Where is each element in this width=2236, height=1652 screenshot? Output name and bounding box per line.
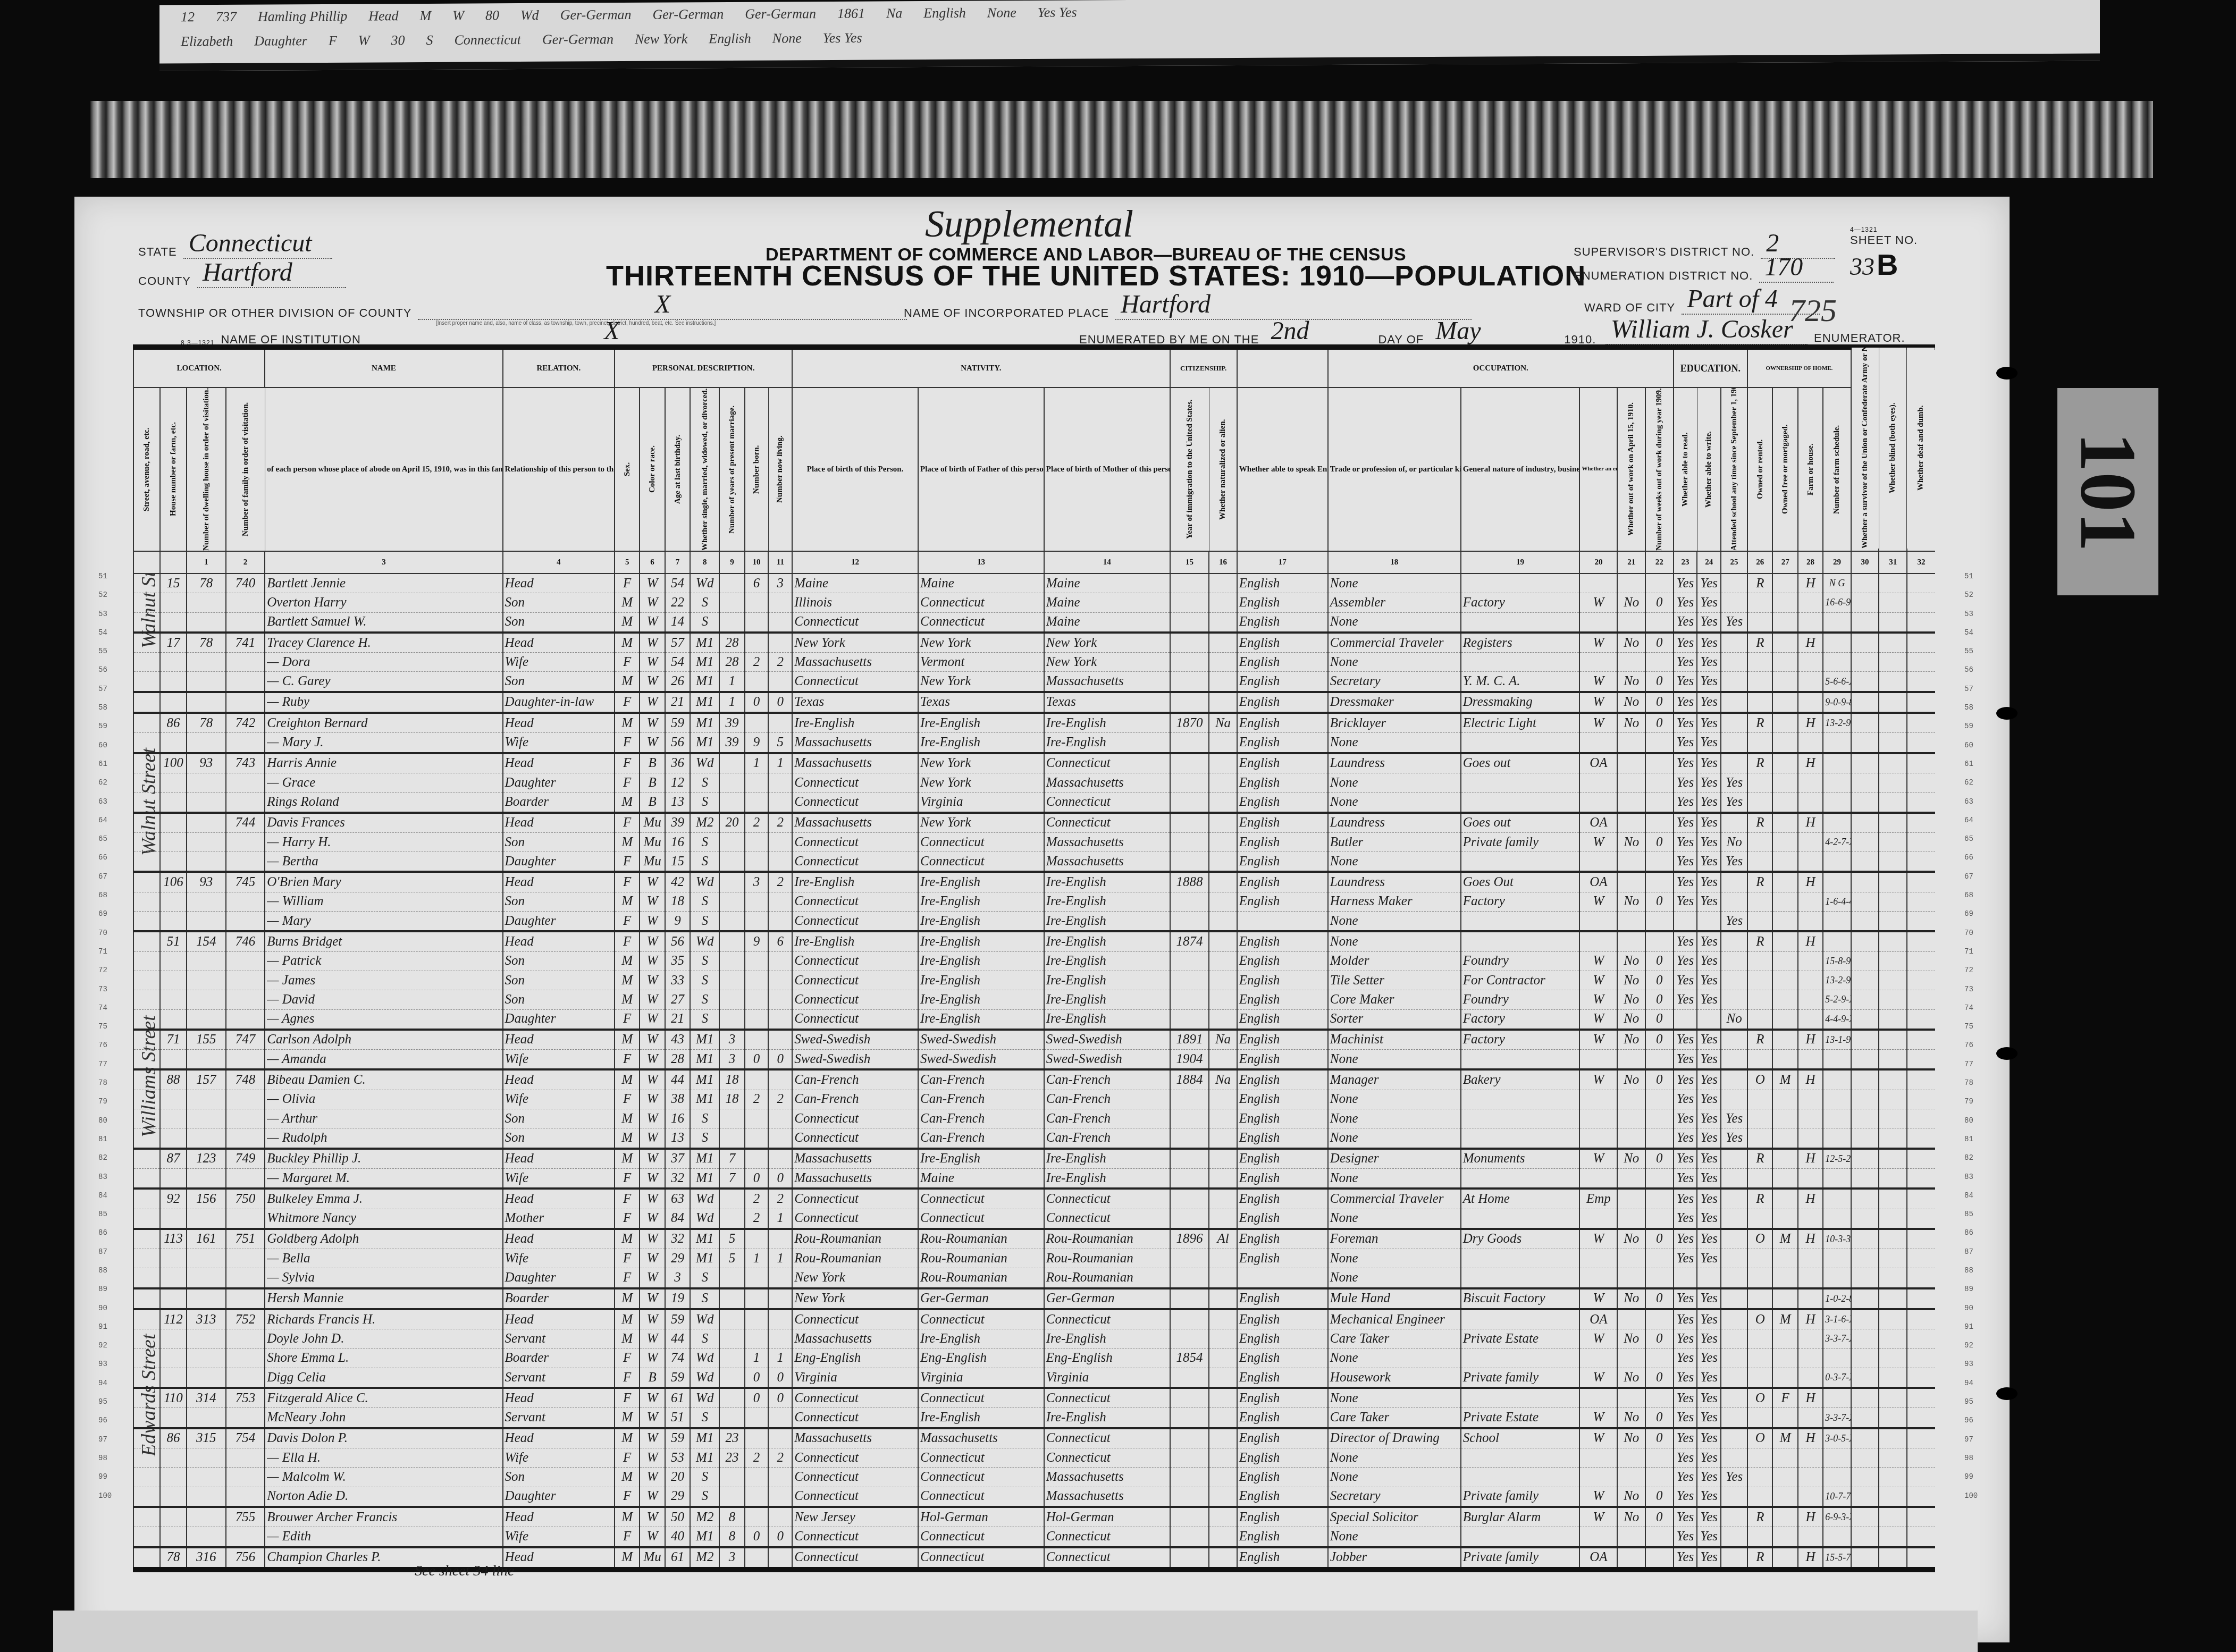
col-write: Whether able to write.: [1697, 387, 1721, 551]
cell-age: 37: [665, 1149, 690, 1169]
cell-school: [1721, 1090, 1747, 1109]
cell-living: [768, 1069, 792, 1090]
cell-write: Yes: [1697, 951, 1721, 971]
cell-own: R: [1747, 931, 1772, 951]
cell-out: [1617, 1128, 1645, 1149]
cell-school: Yes: [1721, 773, 1747, 792]
cell-mother: Ire-English: [1044, 713, 1170, 733]
cell-weeks: 0: [1645, 1428, 1674, 1448]
cell-deaf: [1907, 912, 1935, 932]
cell-cit: Al: [1209, 1229, 1237, 1249]
cell-family: [226, 1090, 265, 1109]
cell-read: Yes: [1674, 574, 1697, 593]
cell-dwelling: [187, 1468, 226, 1487]
cell-race: W: [640, 1329, 665, 1348]
cell-industry: [1461, 1249, 1580, 1268]
cell-lang: English: [1237, 1408, 1328, 1428]
cell-blind: [1879, 1368, 1907, 1388]
cell-out: No: [1617, 1408, 1645, 1428]
cell-trade: Housework: [1328, 1368, 1461, 1388]
line-number: 65: [98, 830, 130, 849]
cell-relation: Boarder: [503, 1288, 615, 1309]
cell-weeks: 0: [1645, 1329, 1674, 1348]
cell-lang: English: [1237, 1009, 1328, 1030]
line-number: 85: [98, 1206, 130, 1224]
cell-age: 51: [665, 1408, 690, 1428]
table-row: 8678742Creighton BernardHeadMW59M139Ire-…: [133, 713, 1935, 733]
line-number: 86: [98, 1224, 130, 1243]
cell-class: W: [1579, 1288, 1617, 1309]
cell-mortgage: [1772, 773, 1797, 792]
cell-house: 113: [160, 1229, 187, 1249]
line-number: 73: [1964, 981, 1986, 999]
cell-dwelling: [187, 971, 226, 990]
cell-father: Connecticut: [918, 1189, 1044, 1209]
cell-birth: Connecticut: [792, 1189, 918, 1209]
cell-birth: Connecticut: [792, 1487, 918, 1507]
cell-vet: [1851, 1069, 1879, 1090]
cell-write: [1697, 1009, 1721, 1030]
cell-out: No: [1617, 1069, 1645, 1090]
cell-immig: [1170, 1448, 1209, 1468]
cell-school: Yes: [1721, 912, 1747, 932]
cell-mother: Texas: [1044, 692, 1170, 713]
cell-born: [745, 1069, 769, 1090]
col-children-living: Number now living.: [768, 387, 792, 551]
cell-house: [160, 1168, 187, 1189]
cell-cit: [1209, 1388, 1237, 1408]
cell-race: Mu: [640, 852, 665, 872]
cell-age: 28: [665, 1050, 690, 1070]
line-number: 92: [98, 1337, 130, 1355]
cell-mother: Ire-English: [1044, 892, 1170, 911]
column-number: 30: [1851, 551, 1879, 574]
cell-marital: S: [690, 912, 719, 932]
table-row: — SylviaDaughterFW3SNew YorkRou-Roumania…: [133, 1268, 1935, 1288]
cell-birth: Connecticut: [792, 971, 918, 990]
cell-write: Yes: [1697, 852, 1721, 872]
cell-mortgage: [1772, 912, 1797, 932]
cell-born: [745, 1128, 769, 1149]
cell-industry: Factory: [1461, 1009, 1580, 1030]
cell-deaf: [1907, 713, 1935, 733]
cell-codes: 1-0-2-8: [1823, 1288, 1851, 1309]
cell-deaf: [1907, 1069, 1935, 1090]
cell-sex: F: [615, 1168, 640, 1189]
cell-race: Mu: [640, 1547, 665, 1570]
cell-weeks: [1645, 852, 1674, 872]
cell-birth: Connecticut: [792, 612, 918, 633]
cell-yrs: 20: [719, 813, 744, 833]
cell-write: Yes: [1697, 753, 1721, 773]
cell-codes: [1823, 1268, 1851, 1288]
cell-write: Yes: [1697, 1288, 1721, 1309]
cell-street: [133, 1149, 160, 1169]
cell-blind: [1879, 912, 1907, 932]
table-row: Whitmore NancyMotherFW84Wd21ConnecticutC…: [133, 1209, 1935, 1229]
cell-mother: Rou-Roumanian: [1044, 1229, 1170, 1249]
line-number: 76: [98, 1036, 130, 1055]
cell-relation: Daughter-in-law: [503, 692, 615, 713]
cell-mother: Ire-English: [1044, 872, 1170, 892]
page-title: THIRTEENTH CENSUS OF THE UNITED STATES: …: [606, 259, 1586, 292]
cell-weeks: 0: [1645, 672, 1674, 692]
cell-deaf: [1907, 951, 1935, 971]
cell-living: [768, 852, 792, 872]
cell-deaf: [1907, 832, 1935, 852]
cell-yrs: [719, 1408, 744, 1428]
cell-father: Can-French: [918, 1109, 1044, 1128]
cell-industry: [1461, 574, 1580, 593]
cell-own: [1747, 1408, 1772, 1428]
cell-lang: English: [1237, 1090, 1328, 1109]
cell-own: [1747, 1268, 1772, 1288]
cell-marital: M2: [690, 1507, 719, 1527]
cell-deaf: [1907, 1050, 1935, 1070]
cell-vet: [1851, 1209, 1879, 1229]
cell-relation: Son: [503, 990, 615, 1009]
cell-relation: Daughter: [503, 773, 615, 792]
cell-house: [160, 1249, 187, 1268]
cell-deaf: [1907, 1249, 1935, 1268]
cell-farm: [1798, 1527, 1823, 1547]
cell-immig: [1170, 1428, 1209, 1448]
cell-cit: [1209, 1487, 1237, 1507]
cell-industry: [1461, 1348, 1580, 1368]
cell-trade: Care Taker: [1328, 1408, 1461, 1428]
cell-race: B: [640, 773, 665, 792]
cell-yrs: 1: [719, 672, 744, 692]
cell-vet: [1851, 1189, 1879, 1209]
cell-marital: S: [690, 892, 719, 911]
cell-out: No: [1617, 633, 1645, 653]
cell-name: O'Brien Mary: [265, 872, 502, 892]
cell-blind: [1879, 1268, 1907, 1288]
cell-codes: [1823, 793, 1851, 813]
cell-name: Goldberg Adolph: [265, 1229, 502, 1249]
cell-class: W: [1579, 633, 1617, 653]
table-row: — GraceDaughterFB12SConnecticutNew YorkM…: [133, 773, 1935, 792]
cell-school: No: [1721, 1009, 1747, 1030]
cell-age: 22: [665, 593, 690, 612]
cell-father: New York: [918, 813, 1044, 833]
cell-farm: [1798, 1268, 1823, 1288]
cell-deaf: [1907, 971, 1935, 990]
cell-race: W: [640, 633, 665, 653]
cell-trade: Mule Hand: [1328, 1288, 1461, 1309]
cell-weeks: [1645, 1547, 1674, 1570]
line-number: 82: [98, 1149, 130, 1168]
cell-sex: M: [615, 1109, 640, 1128]
cell-name: — Dora: [265, 653, 502, 672]
cell-lang: English: [1237, 971, 1328, 990]
cell-relation: Son: [503, 1468, 615, 1487]
cell-trade: None: [1328, 1249, 1461, 1268]
cell-cit: [1209, 1149, 1237, 1169]
line-number: 71: [98, 943, 130, 962]
column-number: 8: [690, 551, 719, 574]
census-sheet: Supplemental DEPARTMENT OF COMMERCE AND …: [74, 197, 2010, 1642]
cell-family: 744: [226, 813, 265, 833]
cell-farm: H: [1798, 633, 1823, 653]
cell-own: [1747, 1128, 1772, 1149]
cell-blind: [1879, 1229, 1907, 1249]
cell-age: 38: [665, 1090, 690, 1109]
cell-birth: Connecticut: [792, 1309, 918, 1329]
cell-name: Rings Roland: [265, 793, 502, 813]
cell-trade: Dressmaker: [1328, 692, 1461, 713]
cell-relation: Wife: [503, 1090, 615, 1109]
cell-write: Yes: [1697, 1527, 1721, 1547]
cell-dwelling: [187, 852, 226, 872]
cell-mother: Connecticut: [1044, 1428, 1170, 1448]
cell-school: [1721, 1527, 1747, 1547]
enumerator-field: William J. Cosker ENUMERATOR.: [1605, 315, 1905, 345]
cell-blind: [1879, 951, 1907, 971]
cell-immig: [1170, 1249, 1209, 1268]
cell-weeks: [1645, 1309, 1674, 1329]
cell-codes: [1823, 1050, 1851, 1070]
cell-trade: None: [1328, 1268, 1461, 1288]
cell-write: Yes: [1697, 1348, 1721, 1368]
table-row: 744Davis FrancesHeadFMu39M22022Massachus…: [133, 813, 1935, 833]
cell-birth: Connecticut: [792, 1547, 918, 1570]
cell-birth: Eng-English: [792, 1348, 918, 1368]
cell-immig: [1170, 1149, 1209, 1169]
cell-marital: S: [690, 951, 719, 971]
cell-out: No: [1617, 951, 1645, 971]
col-birth-father: Place of birth of Father of this person.: [918, 387, 1044, 551]
enumeration-date-field: ENUMERATED BY ME ON THE 2nd DAY OF May 1…: [1079, 316, 1596, 347]
cell-write: [1697, 912, 1721, 932]
cell-cit: [1209, 574, 1237, 593]
cell-immig: [1170, 1487, 1209, 1507]
cell-codes: 5-6-6-X: [1823, 672, 1851, 692]
cell-weeks: 0: [1645, 1009, 1674, 1030]
cell-age: 59: [665, 1428, 690, 1448]
cell-relation: Head: [503, 753, 615, 773]
col-marital: Whether single, married, widowed, or div…: [690, 387, 719, 551]
cell-family: [226, 892, 265, 911]
cell-house: 51: [160, 931, 187, 951]
cell-weeks: 0: [1645, 713, 1674, 733]
cell-class: [1579, 1268, 1617, 1288]
cell-yrs: [719, 1388, 744, 1408]
table-row: — Harry H.SonMMu16SConnecticutConnecticu…: [133, 832, 1935, 852]
cell-blind: [1879, 1249, 1907, 1268]
line-number: 54: [98, 624, 130, 643]
cell-own: [1747, 971, 1772, 990]
cell-class: [1579, 852, 1617, 872]
table-row: — BerthaDaughterFMu15SConnecticutConnect…: [133, 852, 1935, 872]
cell-codes: 4-2-7-X: [1823, 832, 1851, 852]
cell-born: [745, 1030, 769, 1050]
cell-farm: H: [1798, 1428, 1823, 1448]
cell-codes: [1823, 1109, 1851, 1128]
cell-industry: Goes Out: [1461, 872, 1580, 892]
cell-birth: Connecticut: [792, 852, 918, 872]
cell-dwelling: [187, 1168, 226, 1189]
cell-age: 56: [665, 733, 690, 753]
cell-yrs: [719, 931, 744, 951]
line-number: 79: [98, 1093, 130, 1111]
cell-relation: Head: [503, 1507, 615, 1527]
cell-age: 43: [665, 1030, 690, 1050]
cell-farm: [1798, 1408, 1823, 1428]
cell-read: Yes: [1674, 593, 1697, 612]
cell-relation: Head: [503, 1189, 615, 1209]
cell-birth: Massachusetts: [792, 753, 918, 773]
cell-school: No: [1721, 832, 1747, 852]
cell-vet: [1851, 1288, 1879, 1309]
cell-family: 755: [226, 1507, 265, 1527]
cell-write: Yes: [1697, 1368, 1721, 1388]
cell-lang: [1237, 1268, 1328, 1288]
column-number: 19: [1461, 551, 1580, 574]
cell-industry: [1461, 1090, 1580, 1109]
cell-sex: M: [615, 951, 640, 971]
table-row: Hersh MannieBoarderMW19SNew YorkGer-Germ…: [133, 1288, 1935, 1309]
table-row: Doyle John D.ServantMW44SMassachusettsIr…: [133, 1329, 1935, 1348]
cell-immig: [1170, 1368, 1209, 1388]
cell-out: No: [1617, 1329, 1645, 1348]
cell-dwelling: [187, 813, 226, 833]
cell-living: [768, 1329, 792, 1348]
cell-weeks: [1645, 1189, 1674, 1209]
cell-dwelling: 154: [187, 931, 226, 951]
cell-vet: [1851, 1249, 1879, 1268]
cell-school: [1721, 1030, 1747, 1050]
cell-write: Yes: [1697, 1547, 1721, 1570]
line-number: 63: [98, 793, 130, 812]
cell-born: 2: [745, 1090, 769, 1109]
table-row: Bartlett Samuel W.SonMW14SConnecticutCon…: [133, 612, 1935, 633]
cell-mortgage: [1772, 1268, 1797, 1288]
line-number: 86: [1964, 1224, 1986, 1243]
cell-birth: Massachusetts: [792, 733, 918, 753]
cell-out: [1617, 612, 1645, 633]
cell-lang: English: [1237, 1368, 1328, 1388]
cell-race: W: [640, 872, 665, 892]
cell-school: [1721, 713, 1747, 733]
cell-cit: [1209, 1090, 1237, 1109]
cell-marital: S: [690, 1288, 719, 1309]
cell-deaf: [1907, 1090, 1935, 1109]
table-row: — RudolphSonMW13SConnecticutCan-FrenchCa…: [133, 1128, 1935, 1149]
cell-father: Massachusetts: [918, 1428, 1044, 1448]
cell-school: [1721, 931, 1747, 951]
cell-race: W: [640, 574, 665, 593]
cell-write: Yes: [1697, 1128, 1721, 1149]
cell-age: 54: [665, 574, 690, 593]
cell-father: Rou-Roumanian: [918, 1268, 1044, 1288]
cell-mortgage: [1772, 612, 1797, 633]
cell-industry: Factory: [1461, 892, 1580, 911]
cell-write: Yes: [1697, 1149, 1721, 1169]
cell-write: Yes: [1697, 793, 1721, 813]
column-number-row: 1234567891011121314151617181920212223242…: [133, 551, 1935, 574]
line-number: 97: [98, 1431, 130, 1449]
cell-mortgage: [1772, 1408, 1797, 1428]
cell-mother: Massachusetts: [1044, 1487, 1170, 1507]
cell-blind: [1879, 1288, 1907, 1309]
cell-relation: Head: [503, 813, 615, 833]
cell-write: Yes: [1697, 990, 1721, 1009]
cell-out: [1617, 1168, 1645, 1189]
cell-race: W: [640, 733, 665, 753]
cell-race: W: [640, 1109, 665, 1128]
cell-out: [1617, 733, 1645, 753]
cell-weeks: [1645, 773, 1674, 792]
cell-born: 9: [745, 931, 769, 951]
col-group-name: NAME: [265, 347, 502, 387]
column-number: 31: [1879, 551, 1907, 574]
cell-own: O: [1747, 1069, 1772, 1090]
cell-name: — Malcolm W.: [265, 1468, 502, 1487]
cell-blind: [1879, 1209, 1907, 1229]
cell-read: Yes: [1674, 1527, 1697, 1547]
cell-dwelling: [187, 1487, 226, 1507]
cell-yrs: 39: [719, 733, 744, 753]
cell-school: [1721, 1189, 1747, 1209]
cell-cit: [1209, 832, 1237, 852]
cell-relation: Son: [503, 1128, 615, 1149]
cell-farm: H: [1798, 713, 1823, 733]
cell-cit: [1209, 872, 1237, 892]
cell-cit: [1209, 951, 1237, 971]
cell-dwelling: 78: [187, 574, 226, 593]
cell-vet: [1851, 813, 1879, 833]
cell-mortgage: [1772, 713, 1797, 733]
cell-father: Can-French: [918, 1128, 1044, 1149]
cell-farm: [1798, 1090, 1823, 1109]
cell-blind: [1879, 633, 1907, 653]
cell-birth: Connecticut: [792, 1468, 918, 1487]
table-row: Rings RolandBoarderMB13SConnecticutVirgi…: [133, 793, 1935, 813]
cell-age: 29: [665, 1487, 690, 1507]
cell-deaf: [1907, 1329, 1935, 1348]
cell-vet: [1851, 951, 1879, 971]
cell-trade: Foreman: [1328, 1229, 1461, 1249]
cell-father: Hol-German: [918, 1507, 1044, 1527]
cell-read: [1674, 912, 1697, 932]
cell-marital: Wd: [690, 1368, 719, 1388]
cell-sex: M: [615, 1149, 640, 1169]
cell-immig: [1170, 593, 1209, 612]
cell-industry: Private family: [1461, 832, 1580, 852]
cell-blind: [1879, 1309, 1907, 1329]
cell-lang: English: [1237, 1487, 1328, 1507]
cell-mortgage: [1772, 692, 1797, 713]
cell-mother: Virginia: [1044, 1368, 1170, 1388]
cell-school: [1721, 1229, 1747, 1249]
cell-industry: [1461, 1168, 1580, 1189]
cell-birth: Ire-English: [792, 931, 918, 951]
cell-farm: [1798, 1468, 1823, 1487]
cell-yrs: 5: [719, 1249, 744, 1268]
cell-class: [1579, 912, 1617, 932]
cell-out: [1617, 773, 1645, 792]
cell-codes: [1823, 852, 1851, 872]
cell-own: [1747, 773, 1772, 792]
cell-lang: English: [1237, 1329, 1328, 1348]
cell-name: — David: [265, 990, 502, 1009]
cell-lang: English: [1237, 1348, 1328, 1368]
cell-mortgage: [1772, 1507, 1797, 1527]
table-row: 88157748Bibeau Damien C.HeadMW44M118Can-…: [133, 1069, 1935, 1090]
cell-mortgage: [1772, 1448, 1797, 1468]
cell-class: [1579, 1209, 1617, 1229]
